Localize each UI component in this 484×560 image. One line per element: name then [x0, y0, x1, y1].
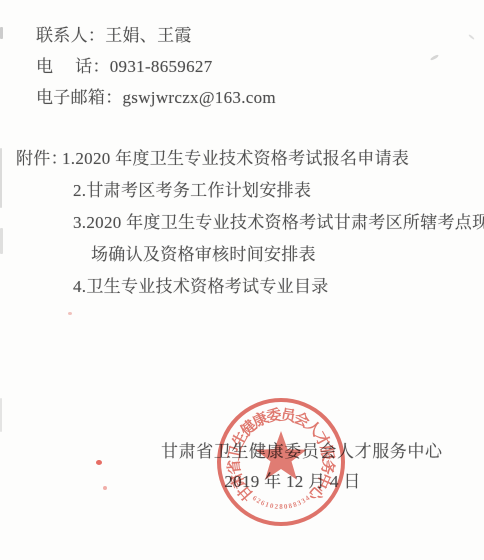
attachment-item-3: 3.2020 年度卫生专业技术资格考试甘肃考区所辖考点现 [73, 213, 484, 233]
scan-artifact-red-dot [68, 312, 72, 315]
contact-person-line: 联系人：王娟、王霞 [36, 26, 192, 46]
scan-artifact-edge-smudge [0, 148, 2, 208]
scan-artifact-red-dot [103, 486, 107, 490]
contact-phone-line: 电 话：0931-8659627 [36, 57, 213, 77]
svg-text:8: 8 [279, 503, 283, 511]
attachment-item-4: 4.卫生专业技术资格考试专业目录 [73, 277, 329, 297]
scan-artifact-edge-smudge [0, 228, 3, 254]
contact-email-line: 电子邮箱：gswjwrczx@163.com [36, 88, 276, 108]
svg-text:2: 2 [274, 503, 279, 511]
scan-artifact-edge-smudge [0, 398, 2, 432]
scan-artifact-edge-smudge [0, 27, 3, 39]
official-seal: 甘肃省卫生健康委员会人才服务中心 6261028088334 [211, 392, 351, 532]
scanned-document-page: 联系人：王娟、王霞 电 话：0931-8659627 电子邮箱：gswjwrcz… [0, 0, 484, 560]
scan-artifact-red-dot [96, 460, 102, 465]
attachment-item-2: 2.甘肃考区考务工作计划安排表 [73, 181, 311, 201]
attachment-item-1: 1.2020 年度卫生专业技术资格考试报名申请表 [62, 149, 409, 169]
seal-star-icon [255, 431, 306, 480]
attachment-item-3-continuation: 场确认及资格审核时间安排表 [91, 245, 316, 265]
attachments-label: 附件： [16, 149, 68, 169]
scan-artifact-gray-speck [430, 54, 439, 61]
seal-code: 6261028088334 [251, 494, 312, 511]
scan-artifact-gray-speck [468, 34, 475, 40]
